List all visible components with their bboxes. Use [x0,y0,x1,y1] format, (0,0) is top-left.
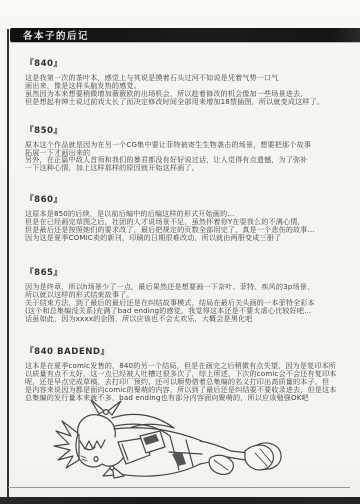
text-line: 但是想起有绅士说过前戏太长了而决定修改时间全部用来增加18禁插图，所以就变成这样… [25,98,347,106]
section-860-body: 这原本是850的后续，是以前后编中的后编这样的形式开始画的… 但是在已经画完草图… [25,210,347,242]
section-840-heading: 『840』 [25,57,347,69]
text-line: 以质量有点不太好，这一点已经被人吐槽过很多次了，综上所述，下次的comic会不会… [25,370,347,378]
page-header: 各本子的后记 [10,28,360,42]
text-line: 呢，还是早点完成草稿，去打印厂预约，还可以顺势借着总集编的名义打印出高质量的本子… [25,378,347,386]
section-865-body: 因为是终章，所以h场景少了一点，最后果然还是想要画一下奈叶、菲特、疾风的3p场景… [25,283,347,323]
text-line: (这个和总集编没关系)充满了bad ending的感觉，我觉得这本还是不要太虐心… [25,307,347,315]
section-840-badend: 『840 BADEND』 这本是在夏季comic发售的，840的另一个结局，但是… [25,345,347,402]
text-line: 但是最后还是按照她们的要求改了，最后把规定的页数全部用完了，真是一个悲伤的故事… [25,226,347,234]
text-line: 这是我第一次的茶叶本，感觉上与其说是摸着石头过河不如说是凭着气势一口气 [25,74,347,82]
text-line: 虽然因为本来想要稍微增加薇薇欧的出场机会，所以趁着修改的机会像加一些场景进去， [25,90,347,98]
text-line: 因为这是夏季COMIC卖的新刊，印刷的日期很难改动，所以就由两册变成三册了 [25,234,347,242]
page-title: 各本子的后记 [10,28,89,42]
text-line: 画出来，像是这样头脑发热的感觉。 [25,82,347,90]
text-line: 所以就以这样的形式结束故事了。 [25,291,347,299]
afterword-page: 各本子的后记 『840』 这是我第一次的茶叶本，感觉上与其说是摸着石头过河不如说… [0,0,360,504]
section-850-heading: 『850』 [25,124,347,136]
text-line: 关于结束方法，到了最后的最后还是在纠结故事模式，结局在最后关头画的一本菲特全彩本 [25,299,347,307]
text-line: 话虽如此，因为xxxx的企图，所以应该也不会太欢乐，大概会是黑化吧 [25,315,347,323]
section-850-body: 原本这个作品就是因为在另一个CG集中要让菲特被寄生生物袭击的场景，想要把那个故事… [25,141,347,173]
text-line: 一下这种心情，加上这样那样的原因就开始这样画了。 [25,164,347,172]
scan-edge-left [7,29,9,498]
text-line: 拓展一下才画出来的 [25,149,347,157]
text-line: 因为是终章，所以h场景少了一点，最后果然还是想要画一下奈叶、菲特、疾风的3p场景… [25,283,347,291]
afterword-content: 『840』 这是我第一次的茶叶本，感觉上与其说是摸着石头过河不如说是凭着气势一口… [25,50,347,402]
section-865: 『865』 因为是终章，所以h场景少了一点，最后果然还是想要画一下奈叶、菲特、疾… [25,266,347,323]
character-illustration [52,396,304,490]
section-840-badend-heading: 『840 BADEND』 [25,345,347,357]
scan-edge-bottom [0,497,360,504]
text-line: 这本是在夏季comic发售的，840的另一个结局，但是在画完之后稍微有点失望，因… [25,362,347,370]
section-860: 『860』 这原本是850的后续，是以前后编中的后编这样的形式开始画的… 但是在… [25,193,347,242]
lying-girl-lineart [52,396,304,490]
section-840-body: 这是我第一次的茶叶本，感觉上与其说是摸着石头过河不如说是凭着气势一口气 画出来，… [25,74,347,106]
text-line: 是内容来说因为都是面向comic的聚萌的内容，所以到了最后还是纠结要不要收录进去… [25,386,347,394]
text-line: 原本这个作品就是因为在另一个CG集中要让菲特被寄生生物袭击的场景，想要把那个故事 [25,141,347,149]
text-line: 这原本是850的后续，是以前后编中的后编这样的形式开始画的… [25,210,347,218]
section-865-heading: 『865』 [25,266,347,278]
section-850: 『850』 原本这个作品就是因为在另一个CG集中要让菲特被寄生生物袭击的场景，想… [25,124,347,173]
text-line: 但是在已经画完草图之后，社团的人才说场景不足，虽然怀着你Y在耍我么的不满心情， [25,218,347,226]
ground-line [8,487,350,488]
text-line: 另外，在正篇中敌人首领和我们的暴君都没有好好说过话，让人觉得有点遗憾，为了弥补 [25,156,347,164]
section-840: 『840』 这是我第一次的茶叶本，感觉上与其说是摸着石头过河不如说是凭着气势一口… [25,57,347,106]
section-860-heading: 『860』 [25,193,347,205]
